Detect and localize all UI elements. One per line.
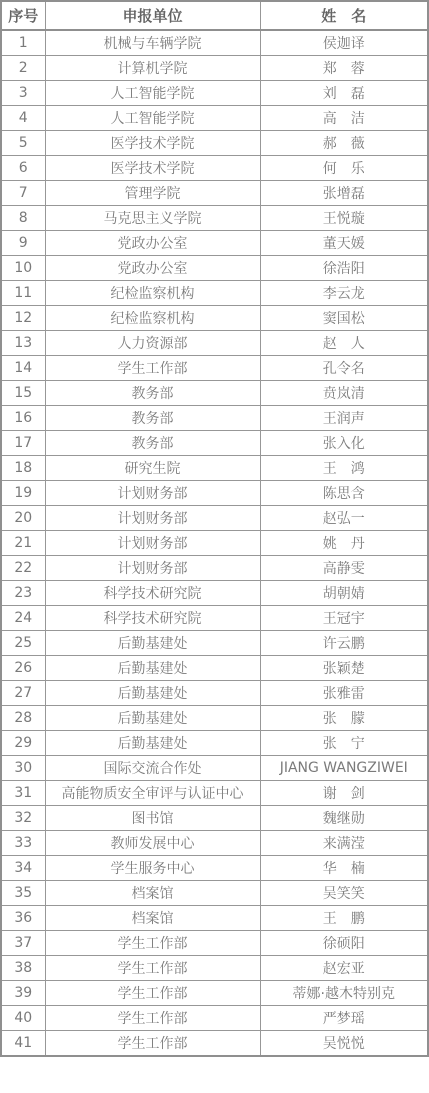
row-number-cell: 19 [1,481,45,506]
name-cell: 吴笑笑 [260,881,428,906]
row-number-cell: 17 [1,431,45,456]
table-row: 8 马克思主义学院 王悦璇 [1,206,428,231]
table-row: 20 计划财务部 赵弘一 [1,506,428,531]
name-cell: 蒂娜·越木特别克 [260,981,428,1006]
unit-cell: 研究生院 [45,456,260,481]
table-row: 4 人工智能学院 高 洁 [1,106,428,131]
unit-cell: 学生工作部 [45,1006,260,1031]
unit-cell: 档案馆 [45,906,260,931]
row-number-cell: 24 [1,606,45,631]
table-row: 41 学生工作部 吴悦悦 [1,1031,428,1057]
name-cell: 王 鸿 [260,456,428,481]
name-cell: 姚 丹 [260,531,428,556]
table-row: 24 科学技术研究院 王冠宇 [1,606,428,631]
name-cell: 王悦璇 [260,206,428,231]
unit-cell: 教务部 [45,431,260,456]
name-cell: 张 宁 [260,731,428,756]
table-row: 6 医学技术学院 何 乐 [1,156,428,181]
row-number-cell: 41 [1,1031,45,1057]
table-row: 11 纪检监察机构 李云龙 [1,281,428,306]
unit-cell: 纪检监察机构 [45,306,260,331]
header-row: 序号 申报单位 姓 名 [1,1,428,30]
unit-cell: 计划财务部 [45,481,260,506]
name-cell: 吴悦悦 [260,1031,428,1057]
column-header-serial-number: 序号 [1,1,45,30]
row-number-cell: 34 [1,856,45,881]
unit-cell: 学生服务中心 [45,856,260,881]
name-cell: 贲岚清 [260,381,428,406]
table-header: 序号 申报单位 姓 名 [1,1,428,30]
unit-cell: 纪检监察机构 [45,281,260,306]
name-cell: JIANG WANGZIWEI [260,756,428,781]
column-header-applying-unit: 申报单位 [45,1,260,30]
table-row: 34 学生服务中心 华 楠 [1,856,428,881]
unit-cell: 档案馆 [45,881,260,906]
unit-cell: 计划财务部 [45,556,260,581]
row-number-cell: 30 [1,756,45,781]
row-number-cell: 13 [1,331,45,356]
row-number-cell: 39 [1,981,45,1006]
table-row: 3 人工智能学院 刘 磊 [1,81,428,106]
row-number-cell: 27 [1,681,45,706]
table-row: 27 后勤基建处 张雅雷 [1,681,428,706]
name-cell: 王润声 [260,406,428,431]
applicants-table: 序号 申报单位 姓 名 1 机械与车辆学院 侯迦译 2 计算机学院 郑 蓉 3 … [0,0,429,1057]
row-number-cell: 29 [1,731,45,756]
name-cell: 华 楠 [260,856,428,881]
table-row: 32 图书馆 魏继勋 [1,806,428,831]
unit-cell: 党政办公室 [45,256,260,281]
name-cell: 高静雯 [260,556,428,581]
name-cell: 谢 剑 [260,781,428,806]
unit-cell: 人力资源部 [45,331,260,356]
unit-cell: 图书馆 [45,806,260,831]
row-number-cell: 16 [1,406,45,431]
name-cell: 孔令名 [260,356,428,381]
name-cell: 高 洁 [260,106,428,131]
unit-cell: 党政办公室 [45,231,260,256]
row-number-cell: 21 [1,531,45,556]
table-row: 1 机械与车辆学院 侯迦译 [1,30,428,56]
table-row: 31 高能物质安全审评与认证中心 谢 剑 [1,781,428,806]
table-row: 16 教务部 王润声 [1,406,428,431]
name-cell: 赵弘一 [260,506,428,531]
name-cell: 张入化 [260,431,428,456]
unit-cell: 人工智能学院 [45,81,260,106]
name-cell: 魏继勋 [260,806,428,831]
row-number-cell: 40 [1,1006,45,1031]
table-row: 13 人力资源部 赵 人 [1,331,428,356]
name-cell: 张颖楚 [260,656,428,681]
unit-cell: 后勤基建处 [45,731,260,756]
row-number-cell: 14 [1,356,45,381]
unit-cell: 教务部 [45,381,260,406]
unit-cell: 计划财务部 [45,506,260,531]
unit-cell: 机械与车辆学院 [45,30,260,56]
unit-cell: 管理学院 [45,181,260,206]
name-cell: 徐硕阳 [260,931,428,956]
row-number-cell: 20 [1,506,45,531]
unit-cell: 后勤基建处 [45,706,260,731]
unit-cell: 教务部 [45,406,260,431]
table-row: 9 党政办公室 董天媛 [1,231,428,256]
column-header-name: 姓 名 [260,1,428,30]
name-cell: 来满滢 [260,831,428,856]
name-cell: 刘 磊 [260,81,428,106]
row-number-cell: 23 [1,581,45,606]
row-number-cell: 5 [1,131,45,156]
table-row: 14 学生工作部 孔令名 [1,356,428,381]
unit-cell: 学生工作部 [45,981,260,1006]
unit-cell: 医学技术学院 [45,131,260,156]
table-row: 22 计划财务部 高静雯 [1,556,428,581]
unit-cell: 后勤基建处 [45,631,260,656]
unit-cell: 后勤基建处 [45,681,260,706]
table-row: 17 教务部 张入化 [1,431,428,456]
table-row: 38 学生工作部 赵宏亚 [1,956,428,981]
row-number-cell: 33 [1,831,45,856]
name-cell: 王 鹏 [260,906,428,931]
unit-cell: 后勤基建处 [45,656,260,681]
name-cell: 赵宏亚 [260,956,428,981]
name-cell: 张 朦 [260,706,428,731]
table-row: 29 后勤基建处 张 宁 [1,731,428,756]
unit-cell: 医学技术学院 [45,156,260,181]
name-cell: 侯迦译 [260,30,428,56]
unit-cell: 马克思主义学院 [45,206,260,231]
row-number-cell: 22 [1,556,45,581]
row-number-cell: 37 [1,931,45,956]
row-number-cell: 18 [1,456,45,481]
name-cell: 许云鹏 [260,631,428,656]
name-cell: 张雅雷 [260,681,428,706]
table-row: 36 档案馆 王 鹏 [1,906,428,931]
table-row: 5 医学技术学院 郝 薇 [1,131,428,156]
row-number-cell: 12 [1,306,45,331]
unit-cell: 国际交流合作处 [45,756,260,781]
name-cell: 李云龙 [260,281,428,306]
table-row: 39 学生工作部 蒂娜·越木特别克 [1,981,428,1006]
row-number-cell: 26 [1,656,45,681]
row-number-cell: 8 [1,206,45,231]
name-cell: 徐浩阳 [260,256,428,281]
table-row: 26 后勤基建处 张颖楚 [1,656,428,681]
unit-cell: 学生工作部 [45,356,260,381]
unit-cell: 学生工作部 [45,931,260,956]
table-row: 37 学生工作部 徐硕阳 [1,931,428,956]
table-row: 21 计划财务部 姚 丹 [1,531,428,556]
table-row: 35 档案馆 吴笑笑 [1,881,428,906]
name-cell: 严梦瑶 [260,1006,428,1031]
table-row: 18 研究生院 王 鸿 [1,456,428,481]
name-cell: 郑 蓉 [260,56,428,81]
unit-cell: 教师发展中心 [45,831,260,856]
table-row: 10 党政办公室 徐浩阳 [1,256,428,281]
row-number-cell: 36 [1,906,45,931]
table-row: 40 学生工作部 严梦瑶 [1,1006,428,1031]
row-number-cell: 6 [1,156,45,181]
row-number-cell: 7 [1,181,45,206]
unit-cell: 学生工作部 [45,956,260,981]
table-row: 12 纪检监察机构 窦国松 [1,306,428,331]
unit-cell: 科学技术研究院 [45,581,260,606]
unit-cell: 计算机学院 [45,56,260,81]
table-row: 15 教务部 贲岚清 [1,381,428,406]
row-number-cell: 1 [1,30,45,56]
table-row: 19 计划财务部 陈思含 [1,481,428,506]
name-cell: 陈思含 [260,481,428,506]
name-cell: 王冠宇 [260,606,428,631]
name-cell: 张增磊 [260,181,428,206]
name-cell: 董天媛 [260,231,428,256]
name-cell: 赵 人 [260,331,428,356]
table-row: 30 国际交流合作处 JIANG WANGZIWEI [1,756,428,781]
row-number-cell: 2 [1,56,45,81]
row-number-cell: 35 [1,881,45,906]
unit-cell: 学生工作部 [45,1031,260,1057]
table-row: 33 教师发展中心 来满滢 [1,831,428,856]
row-number-cell: 10 [1,256,45,281]
table-row: 2 计算机学院 郑 蓉 [1,56,428,81]
row-number-cell: 38 [1,956,45,981]
table-row: 25 后勤基建处 许云鹏 [1,631,428,656]
row-number-cell: 28 [1,706,45,731]
name-cell: 胡朝婧 [260,581,428,606]
row-number-cell: 31 [1,781,45,806]
table-row: 23 科学技术研究院 胡朝婧 [1,581,428,606]
unit-cell: 高能物质安全审评与认证中心 [45,781,260,806]
unit-cell: 人工智能学院 [45,106,260,131]
row-number-cell: 9 [1,231,45,256]
table-body: 1 机械与车辆学院 侯迦译 2 计算机学院 郑 蓉 3 人工智能学院 刘 磊 4… [1,30,428,1056]
row-number-cell: 4 [1,106,45,131]
name-cell: 郝 薇 [260,131,428,156]
row-number-cell: 25 [1,631,45,656]
row-number-cell: 3 [1,81,45,106]
row-number-cell: 15 [1,381,45,406]
table-row: 28 后勤基建处 张 朦 [1,706,428,731]
unit-cell: 计划财务部 [45,531,260,556]
unit-cell: 科学技术研究院 [45,606,260,631]
name-cell: 窦国松 [260,306,428,331]
table-row: 7 管理学院 张增磊 [1,181,428,206]
row-number-cell: 32 [1,806,45,831]
name-cell: 何 乐 [260,156,428,181]
row-number-cell: 11 [1,281,45,306]
